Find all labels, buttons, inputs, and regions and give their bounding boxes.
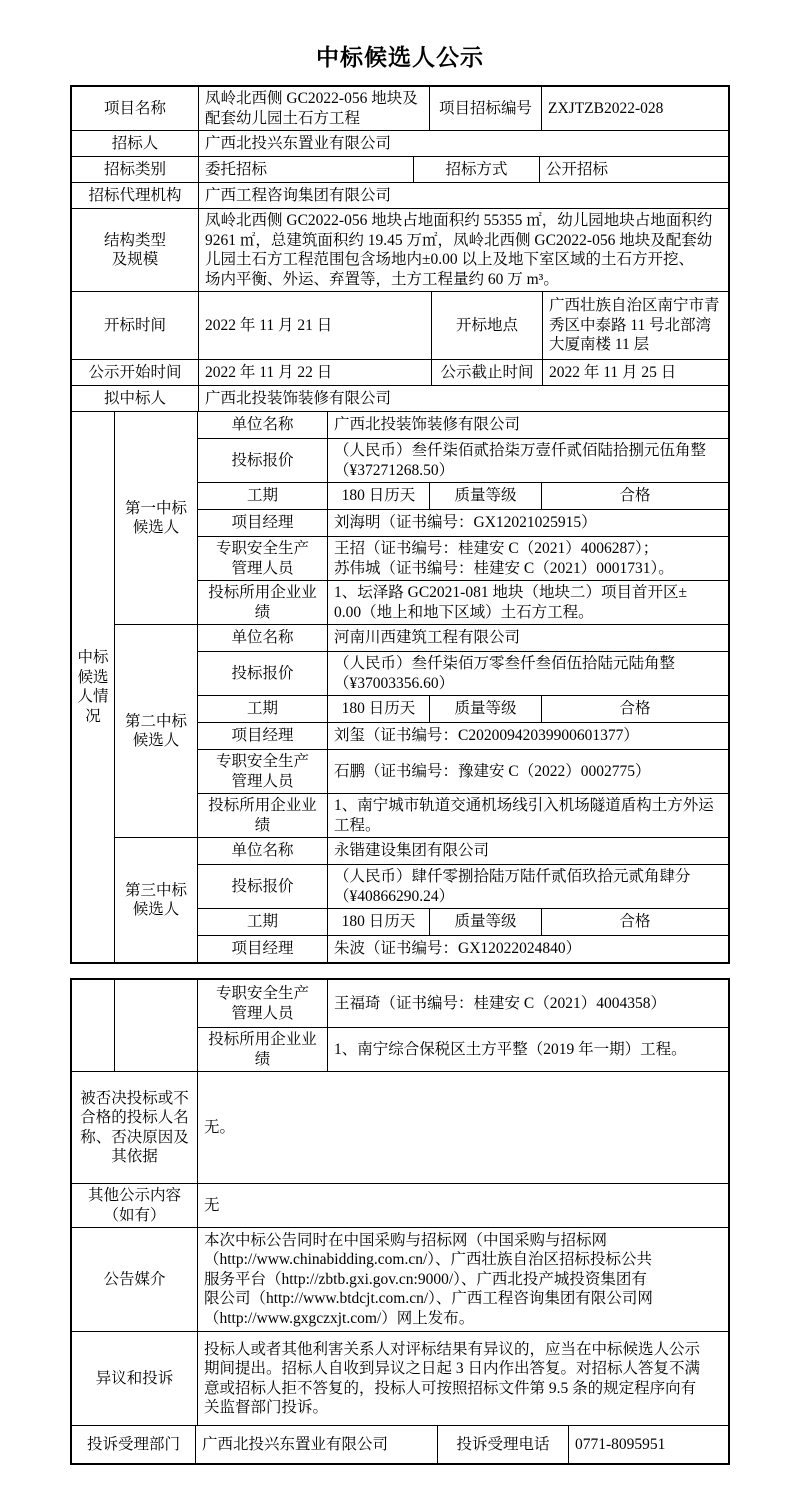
table-row: 专职安全生产 管理人员 王福琦（证书编号：桂建安 C（2021）4004358） (198, 980, 729, 1028)
objection-label: 异议和投诉 (72, 1332, 198, 1426)
open-time-label: 开标时间 (72, 292, 199, 360)
table-row: 工期 180 日历天 质量等级 合格 (198, 909, 729, 936)
candidate-2-company: 河南川西建筑工程有限公司 (328, 625, 729, 652)
duration-label: 工期 (198, 909, 328, 936)
other-content-label: 其他公示内容 （如有） (72, 1184, 198, 1228)
main-table: 项目名称 凤岭北西侧 GC2022-056 地块及配套幼儿园土石方工程 项目招标… (70, 85, 730, 964)
publicity-start-label: 公示开始时间 (72, 360, 199, 386)
table-row-tender-type: 招标类别 委托招标 招标方式 公开招标 (72, 157, 729, 183)
announcement-page: 中标候选人公示 项目名称 凤岭北西侧 GC2022-056 地块及配套幼儿园土石… (0, 0, 800, 1504)
candidate-1-safety: 王招（证书编号：桂建安 C（2021）4006287）； 苏伟城（证书编号：桂建… (328, 537, 729, 581)
candidate-1-price: （人民币）叁仟柒佰贰拾柒万壹仟贰佰陆拾捌元伍角整 （¥37271268.50） (328, 439, 729, 483)
complaint-phone-label: 投诉受理电话 (438, 1426, 569, 1464)
publicity-start-value: 2022 年 11 月 22 日 (199, 360, 432, 386)
table-row: 项目经理 刘海明（证书编号：GX12021025915） (198, 510, 729, 537)
candidate-3-record: 1、南宁综合保税区土方平整（2019 年一期）工程。 (328, 1028, 729, 1072)
complaint-phone-value: 0771-8095951 (569, 1426, 729, 1464)
candidate-2-duration: 180 日历天 (328, 696, 430, 723)
complaint-dept-value: 广西北投兴东置业有限公司 (196, 1426, 438, 1464)
continuation-table: 专职安全生产 管理人员 王福琦（证书编号：桂建安 C（2021）4004358）… (70, 978, 730, 1465)
manager-label: 项目经理 (198, 936, 328, 963)
candidate-2-safety: 石鹏（证书编号：豫建安 C（2022）0002775） (328, 750, 729, 794)
candidate-1-block: 第一中标 候选人 单位名称 广西北投装饰装修有限公司 投标报价 （人民币）叁仟柒… (115, 412, 729, 625)
page-title: 中标候选人公示 (0, 0, 800, 72)
table-row: 投标所用企业业 绩 1、南宁城市轨道交通机场线引入机场隧道盾构土方外运 工程。 (198, 794, 729, 838)
candidate-1-rows: 单位名称 广西北投装饰装修有限公司 投标报价 （人民币）叁仟柒佰贰拾柒万壹仟贰佰… (198, 412, 729, 625)
table-row-tenderee: 招标人 广西北投兴东置业有限公司 (72, 131, 729, 157)
other-content-value: 无 (198, 1184, 729, 1228)
candidate-1-rank-label: 第一中标 候选人 (115, 412, 198, 625)
page-break-gap (0, 964, 800, 978)
candidate-2-rank-label: 第二中标 候选人 (115, 625, 198, 838)
table-row: 投标所用企业业 绩 1、南宁综合保税区土方平整（2019 年一期）工程。 (198, 1028, 729, 1072)
tender-method-label: 招标方式 (414, 157, 540, 183)
table-row-complaint: 投诉受理部门 广西北投兴东置业有限公司 投诉受理电话 0771-8095951 (72, 1426, 729, 1464)
bid-number-label: 项目招标编号 (430, 87, 542, 131)
table-row-objection: 异议和投诉 投标人或者其他利害关系人对评标结果有异议的，应当在中标候选人公示 期… (72, 1332, 729, 1426)
structure-label: 结构类型 及规模 (72, 209, 199, 292)
table-row: 单位名称 河南川西建筑工程有限公司 (198, 625, 729, 652)
candidate-3-rank-label: 第三中标 候选人 (115, 838, 198, 963)
table-row-publicity: 公示开始时间 2022 年 11 月 22 日 公示截止时间 2022 年 11… (72, 360, 729, 386)
project-name-label: 项目名称 (72, 87, 199, 131)
agency-value: 广西工程咨询集团有限公司 (199, 183, 729, 209)
objection-value: 投标人或者其他利害关系人对评标结果有异议的，应当在中标候选人公示 期间提出。招标… (198, 1332, 729, 1426)
table-row: 专职安全生产 管理人员 石鹏（证书编号：豫建安 C（2022）0002775） (198, 750, 729, 794)
publicity-end-value: 2022 年 11 月 25 日 (543, 360, 729, 386)
safety-label: 专职安全生产 管理人员 (198, 750, 328, 794)
price-label: 投标报价 (198, 652, 328, 696)
candidate-1-record: 1、坛泽路 GC2021-081 地块（地块二）项目首开区± 0.00（地上和地… (328, 581, 729, 625)
complaint-dept-label: 投诉受理部门 (72, 1426, 196, 1464)
candidate-3-duration: 180 日历天 (328, 909, 430, 936)
quality-label: 质量等级 (430, 696, 542, 723)
candidate-3-rows: 单位名称 永锴建设集团有限公司 投标报价 （人民币）肆仟零捌拾陆万陆仟贰佰玖拾元… (198, 838, 729, 963)
table-row: 项目经理 朱波（证书编号：GX12022024840） (198, 936, 729, 963)
candidate-1-manager: 刘海明（证书编号：GX12021025915） (328, 510, 729, 537)
table-row: 工期 180 日历天 质量等级 合格 (198, 483, 729, 510)
duration-label: 工期 (198, 483, 328, 510)
tenderee-value: 广西北投兴东置业有限公司 (199, 131, 729, 157)
table-row: 工期 180 日历天 质量等级 合格 (198, 696, 729, 723)
agency-label: 招标代理机构 (72, 183, 199, 209)
media-value: 本次中标公告同时在中国采购与招标网（中国采购与招标网 （http://www.c… (198, 1228, 729, 1332)
proposed-winner-value: 广西北投装饰装修有限公司 (199, 386, 729, 412)
candidate-2-manager: 刘玺（证书编号：C20200942039900601377） (328, 723, 729, 750)
company-label: 单位名称 (198, 412, 328, 439)
candidate-1-quality: 合格 (542, 483, 729, 510)
open-place-value: 广西壮族自治区南宁市青秀区中泰路 11 号北部湾大厦南楼 11 层 (543, 292, 729, 360)
table-row: 专职安全生产 管理人员 王招（证书编号：桂建安 C（2021）4006287）；… (198, 537, 729, 581)
quality-label: 质量等级 (430, 483, 542, 510)
candidate-1-company: 广西北投装饰装修有限公司 (328, 412, 729, 439)
candidate-3-company: 永锴建设集团有限公司 (328, 838, 729, 865)
table-row: 投标报价 （人民币）叁仟柒佰贰拾柒万壹仟贰佰陆拾捌元伍角整 （¥37271268… (198, 439, 729, 483)
candidate-3-safety: 王福琦（证书编号：桂建安 C（2021）4004358） (328, 980, 729, 1028)
company-label: 单位名称 (198, 838, 328, 865)
price-label: 投标报价 (198, 865, 328, 909)
tender-method-value: 公开招标 (540, 157, 729, 183)
manager-label: 项目经理 (198, 723, 328, 750)
table-row-rejected: 被否决投标或不 合格的投标人名 称、否决原因及 其依据 无。 (72, 1072, 729, 1184)
table-row-structure: 结构类型 及规模 凤岭北西侧 GC2022-056 地块占地面积约 55355 … (72, 209, 729, 292)
candidate-2-record: 1、南宁城市轨道交通机场线引入机场隧道盾构土方外运 工程。 (328, 794, 729, 838)
table-row: 投标所用企业业 绩 1、坛泽路 GC2021-081 地块（地块二）项目首开区±… (198, 581, 729, 625)
table-row-agency: 招标代理机构 广西工程咨询集团有限公司 (72, 183, 729, 209)
tenderee-label: 招标人 (72, 131, 199, 157)
record-label: 投标所用企业业 绩 (198, 794, 328, 838)
tender-type-label: 招标类别 (72, 157, 199, 183)
bid-number-value: ZXJTZB2022-028 (542, 87, 729, 131)
tender-type-value: 委托招标 (199, 157, 414, 183)
table-row: 单位名称 广西北投装饰装修有限公司 (198, 412, 729, 439)
safety-label: 专职安全生产 管理人员 (198, 537, 328, 581)
publicity-end-label: 公示截止时间 (432, 360, 543, 386)
candidate-2-rows: 单位名称 河南川西建筑工程有限公司 投标报价 （人民币）叁仟柒佰万零叁仟叁佰伍拾… (198, 625, 729, 838)
project-name-value: 凤岭北西侧 GC2022-056 地块及配套幼儿园土石方工程 (199, 87, 430, 131)
candidates-side-label: 中标候选人情况 (72, 412, 115, 963)
company-label: 单位名称 (198, 625, 328, 652)
proposed-winner-label: 拟中标人 (72, 386, 199, 412)
manager-label: 项目经理 (198, 510, 328, 537)
candidate-3-quality: 合格 (542, 909, 729, 936)
table-row: 投标报价 （人民币）肆仟零捌拾陆万陆仟贰佰玖拾元贰角肆分 （¥40866290.… (198, 865, 729, 909)
safety-label: 专职安全生产 管理人员 (198, 980, 328, 1028)
rejected-bids-label: 被否决投标或不 合格的投标人名 称、否决原因及 其依据 (72, 1072, 198, 1184)
rejected-bids-value: 无。 (198, 1072, 729, 1184)
candidate-2-quality: 合格 (542, 696, 729, 723)
duration-label: 工期 (198, 696, 328, 723)
candidate-3-continuation-block: 专职安全生产 管理人员 王福琦（证书编号：桂建安 C（2021）4004358）… (72, 980, 729, 1072)
table-row-project: 项目名称 凤岭北西侧 GC2022-056 地块及配套幼儿园土石方工程 项目招标… (72, 87, 729, 131)
table-row-opening: 开标时间 2022 年 11 月 21 日 开标地点 广西壮族自治区南宁市青秀区… (72, 292, 729, 360)
table-row: 投标报价 （人民币）叁仟柒佰万零叁仟叁佰伍拾陆元陆角整 （¥37003356.6… (198, 652, 729, 696)
quality-label: 质量等级 (430, 909, 542, 936)
candidate-2-price: （人民币）叁仟柒佰万零叁仟叁佰伍拾陆元陆角整 （¥37003356.60） (328, 652, 729, 696)
table-row-other: 其他公示内容 （如有） 无 (72, 1184, 729, 1228)
open-time-value: 2022 年 11 月 21 日 (199, 292, 432, 360)
table-row-proposed-winner: 拟中标人 广西北投装饰装修有限公司 (72, 386, 729, 412)
empty-cell (72, 980, 115, 1072)
candidate-1-duration: 180 日历天 (328, 483, 430, 510)
open-place-label: 开标地点 (432, 292, 543, 360)
candidate-3-continuation-rows: 专职安全生产 管理人员 王福琦（证书编号：桂建安 C（2021）4004358）… (198, 980, 729, 1072)
table-row-media: 公告媒介 本次中标公告同时在中国采购与招标网（中国采购与招标网 （http://… (72, 1228, 729, 1332)
table-row: 单位名称 永锴建设集团有限公司 (198, 838, 729, 865)
table-row: 项目经理 刘玺（证书编号：C20200942039900601377） (198, 723, 729, 750)
candidate-3-price: （人民币）肆仟零捌拾陆万陆仟贰佰玖拾元贰角肆分 （¥40866290.24） (328, 865, 729, 909)
record-label: 投标所用企业业 绩 (198, 1028, 328, 1072)
structure-value: 凤岭北西侧 GC2022-056 地块占地面积约 55355 ㎡，幼儿园地块占地… (199, 209, 729, 292)
price-label: 投标报价 (198, 439, 328, 483)
candidates-column: 第一中标 候选人 单位名称 广西北投装饰装修有限公司 投标报价 （人民币）叁仟柒… (115, 412, 729, 963)
empty-cell (115, 980, 198, 1072)
record-label: 投标所用企业业 绩 (198, 581, 328, 625)
candidate-2-block: 第二中标 候选人 单位名称 河南川西建筑工程有限公司 投标报价 （人民币）叁仟柒… (115, 625, 729, 838)
candidate-3-block: 第三中标 候选人 单位名称 永锴建设集团有限公司 投标报价 （人民币）肆仟零捌拾… (115, 838, 729, 963)
media-label: 公告媒介 (72, 1228, 198, 1332)
candidate-3-manager: 朱波（证书编号：GX12022024840） (328, 936, 729, 963)
candidates-section: 中标候选人情况 第一中标 候选人 单位名称 广西北投装饰装修有限公司 投标报价 … (72, 412, 729, 963)
